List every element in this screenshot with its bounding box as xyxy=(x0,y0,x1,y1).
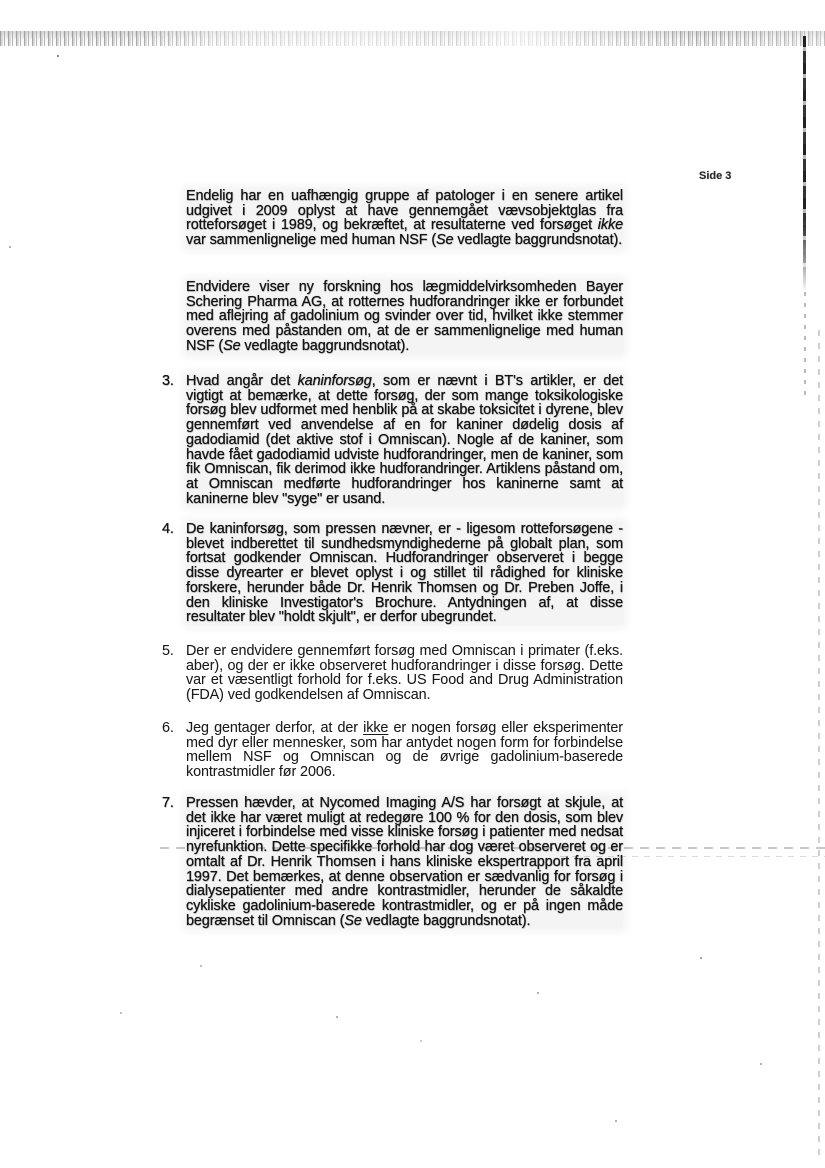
paragraph-text: Pressen hævder, at Nycomed Imaging A/S h… xyxy=(186,796,623,928)
paragraph-item-6: 6. Jeg gentager derfor, at der ikke er n… xyxy=(186,721,623,780)
paragraph-text: Hvad angår det kaninforsøg, som er nævnt… xyxy=(186,374,623,506)
paragraph-text: Endelig har en uafhængig gruppe af patol… xyxy=(186,189,623,248)
paragraph-number: 5. xyxy=(162,644,182,659)
paragraph-text: Der er endvidere gennemført forsøg med O… xyxy=(186,644,623,703)
paragraph-number: 7. xyxy=(162,796,182,811)
paragraph-number: 3. xyxy=(162,374,182,389)
paragraph-intro-1: Endelig har en uafhængig gruppe af patol… xyxy=(186,189,623,248)
paragraph-number: 4. xyxy=(162,522,182,537)
scan-noise-band xyxy=(0,31,825,46)
paragraph-item-5: 5. Der er endvidere gennemført forsøg me… xyxy=(186,644,623,703)
paragraph-text: De kaninforsøg, som pressen nævner, er -… xyxy=(186,522,623,625)
page-number: Side 3 xyxy=(699,170,731,182)
paragraph-item-4: 4. De kaninforsøg, som pressen nævner, e… xyxy=(186,522,623,625)
scan-edge-dashed-line xyxy=(818,330,820,1160)
paragraph-text: Jeg gentager derfor, at der ikke er noge… xyxy=(186,721,623,780)
scanned-document-page: Side 3 Endelig har en uafhængig gruppe a… xyxy=(0,0,825,1168)
paragraph-intro-2: Endvidere viser ny forskning hos lægmidd… xyxy=(186,280,623,354)
paragraph-item-7: 7. Pressen hævder, at Nycomed Imaging A/… xyxy=(186,796,623,928)
scan-vertical-line-broken xyxy=(804,292,806,402)
paragraph-number: 6. xyxy=(162,721,182,736)
scan-vertical-line xyxy=(803,36,806,292)
scan-specks xyxy=(0,0,2,2)
paragraph-text: Endvidere viser ny forskning hos lægmidd… xyxy=(186,280,623,354)
paragraph-item-3: 3. Hvad angår det kaninforsøg, som er næ… xyxy=(186,374,623,506)
